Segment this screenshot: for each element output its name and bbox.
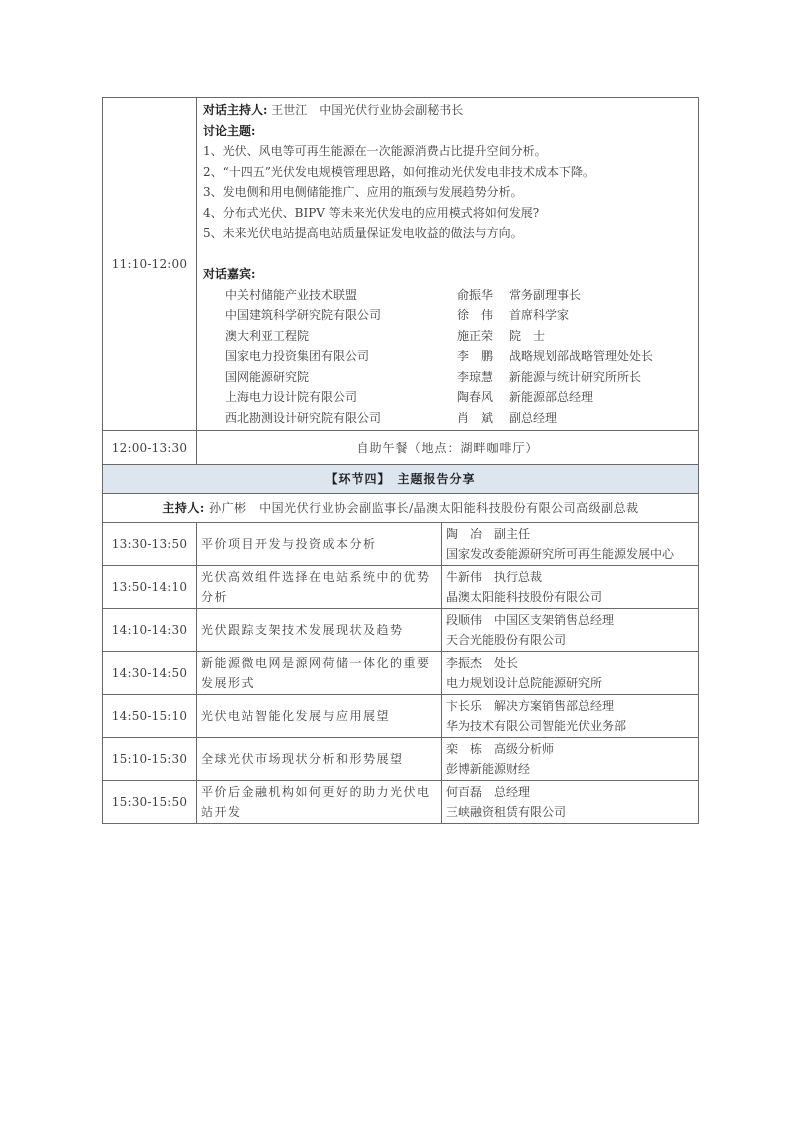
section-header-row: 【环节四】 主题报告分享 <box>103 465 699 494</box>
guest-row: 国网能源研究院 李琼慧 新能源与统计研究所所长 <box>203 367 692 388</box>
guest-org: 西北勘测设计研究院有限公司 <box>203 408 457 429</box>
talk-speaker: 陶 冶 副主任 <box>446 524 694 544</box>
lunch-row: 12:00-13:30 自助午餐（地点：湖畔咖啡厅） <box>103 431 699 465</box>
talk-topic: 光伏高效组件选择在电站系统中的优势分析 <box>197 566 442 609</box>
host-label: 主持人: <box>162 501 204 515</box>
talk-row: 14:30-14:50 新能源微电网是源网荷储一体化的重要发展形式 李振杰 处长… <box>103 652 699 695</box>
talk-time: 14:30-14:50 <box>103 652 197 695</box>
guest-role: 新能源与统计研究所所长 <box>509 367 692 388</box>
talk-time: 14:10-14:30 <box>103 609 197 652</box>
moderator-line: 对话主持人: 王世江 中国光伏行业协会副秘书长 <box>203 100 692 121</box>
guest-row: 国家电力投资集团有限公司 李 鹏 战略规划部战略管理处处长 <box>203 346 692 367</box>
topic-item: 5、未来光伏电站提高电站质量保证发电收益的做法与方向。 <box>203 223 692 244</box>
panel-details: 对话主持人: 王世江 中国光伏行业协会副秘书长 讨论主题: 1、光伏、风电等可再… <box>197 98 699 431</box>
talk-row: 15:30-15:50 平价后金融机构如何更好的助力光伏电站开发 何百磊 总经理… <box>103 781 699 824</box>
guest-role: 首席科学家 <box>509 305 692 326</box>
talk-speaker-cell: 卞长乐 解决方案销售部总经理 华为技术有限公司智能光伏业务部 <box>442 695 699 738</box>
guest-name: 施正荣 <box>457 326 509 347</box>
section-host: 主持人: 孙广彬 中国光伏行业协会副监事长/晶澳太阳能科技股份有限公司高级副总裁 <box>103 494 699 523</box>
topics-label: 讨论主题: <box>203 121 692 142</box>
guest-role: 战略规划部战略管理处处长 <box>509 346 692 367</box>
guest-name: 肖 斌 <box>457 408 509 429</box>
talk-org: 晶澳太阳能科技股份有限公司 <box>446 587 694 607</box>
talk-speaker-cell: 栾 栋 高级分析师 彭博新能源财经 <box>442 738 699 781</box>
talk-org: 彭博新能源财经 <box>446 759 694 779</box>
talk-time: 14:50-15:10 <box>103 695 197 738</box>
section-title: 【环节四】 主题报告分享 <box>103 465 699 494</box>
talk-topic: 平价后金融机构如何更好的助力光伏电站开发 <box>197 781 442 824</box>
talk-speaker: 何百磊 总经理 <box>446 782 694 802</box>
talk-topic: 平价项目开发与投资成本分析 <box>197 523 442 566</box>
talk-org: 国家发改委能源研究所可再生能源发展中心 <box>446 544 694 564</box>
talk-time: 13:50-14:10 <box>103 566 197 609</box>
talk-row: 13:50-14:10 光伏高效组件选择在电站系统中的优势分析 牛新伟 执行总裁… <box>103 566 699 609</box>
guest-role: 新能源部总经理 <box>509 387 692 408</box>
talk-org: 华为技术有限公司智能光伏业务部 <box>446 716 694 736</box>
talk-topic: 光伏电站智能化发展与应用展望 <box>197 695 442 738</box>
host-name: 孙广彬 中国光伏行业协会副监事长/晶澳太阳能科技股份有限公司高级副总裁 <box>209 501 639 515</box>
moderator-label: 对话主持人: <box>203 103 267 117</box>
guest-org: 澳大利亚工程院 <box>203 326 457 347</box>
talk-org: 三峡融资租赁有限公司 <box>446 802 694 822</box>
guest-row: 西北勘测设计研究院有限公司 肖 斌 副总经理 <box>203 408 692 429</box>
talk-org: 天合光能股份有限公司 <box>446 630 694 650</box>
talk-topic: 新能源微电网是源网荷储一体化的重要发展形式 <box>197 652 442 695</box>
guest-row: 澳大利亚工程院 施正荣 院 士 <box>203 326 692 347</box>
talk-time: 15:10-15:30 <box>103 738 197 781</box>
guest-name: 徐 伟 <box>457 305 509 326</box>
talk-row: 14:10-14:30 光伏跟踪支架技术发展现状及趋势 段顺伟 中国区支架销售总… <box>103 609 699 652</box>
panel-time: 11:10-12:00 <box>103 98 197 431</box>
guest-org: 国家电力投资集团有限公司 <box>203 346 457 367</box>
talk-org: 电力规划设计总院能源研究所 <box>446 673 694 693</box>
guest-name: 李 鹏 <box>457 346 509 367</box>
guest-org: 中关村储能产业技术联盟 <box>203 285 457 306</box>
talk-row: 14:50-15:10 光伏电站智能化发展与应用展望 卞长乐 解决方案销售部总经… <box>103 695 699 738</box>
guest-name: 陶春风 <box>457 387 509 408</box>
talk-time: 13:30-13:50 <box>103 523 197 566</box>
talk-topic: 全球光伏市场现状分析和形势展望 <box>197 738 442 781</box>
guest-role: 副总经理 <box>509 408 692 429</box>
guest-org: 上海电力设计院有限公司 <box>203 387 457 408</box>
talks-table: 13:30-13:50 平价项目开发与投资成本分析 陶 冶 副主任 国家发改委能… <box>102 522 699 824</box>
topic-item: 1、光伏、风电等可再生能源在一次能源消费占比提升空间分析。 <box>203 141 692 162</box>
guest-role: 常务副理事长 <box>509 285 692 306</box>
topic-item: 4、分布式光伏、BIPV 等未来光伏发电的应用模式将如何发展? <box>203 203 692 224</box>
talk-row: 15:10-15:30 全球光伏市场现状分析和形势展望 栾 栋 高级分析师 彭博… <box>103 738 699 781</box>
topic-item: 3、发电侧和用电侧储能推广、应用的瓶颈与发展趋势分析。 <box>203 182 692 203</box>
talk-speaker: 栾 栋 高级分析师 <box>446 739 694 759</box>
agenda-table-top: 11:10-12:00 对话主持人: 王世江 中国光伏行业协会副秘书长 讨论主题… <box>102 97 699 523</box>
panel-row: 11:10-12:00 对话主持人: 王世江 中国光伏行业协会副秘书长 讨论主题… <box>103 98 699 431</box>
spacer <box>203 244 692 265</box>
agenda-page: 11:10-12:00 对话主持人: 王世江 中国光伏行业协会副秘书长 讨论主题… <box>102 97 698 824</box>
guest-org: 国网能源研究院 <box>203 367 457 388</box>
talk-time: 15:30-15:50 <box>103 781 197 824</box>
talk-speaker-cell: 段顺伟 中国区支架销售总经理 天合光能股份有限公司 <box>442 609 699 652</box>
guest-row: 中国建筑科学研究院有限公司 徐 伟 首席科学家 <box>203 305 692 326</box>
moderator-name: 王世江 中国光伏行业协会副秘书长 <box>271 103 463 117</box>
talk-speaker-cell: 陶 冶 副主任 国家发改委能源研究所可再生能源发展中心 <box>442 523 699 566</box>
lunch-time: 12:00-13:30 <box>103 431 197 465</box>
guest-name: 李琼慧 <box>457 367 509 388</box>
talk-speaker: 牛新伟 执行总裁 <box>446 567 694 587</box>
section-host-row: 主持人: 孙广彬 中国光伏行业协会副监事长/晶澳太阳能科技股份有限公司高级副总裁 <box>103 494 699 523</box>
talk-speaker: 卞长乐 解决方案销售部总经理 <box>446 696 694 716</box>
talk-speaker-cell: 李振杰 处长 电力规划设计总院能源研究所 <box>442 652 699 695</box>
talk-speaker: 李振杰 处长 <box>446 653 694 673</box>
guest-org: 中国建筑科学研究院有限公司 <box>203 305 457 326</box>
talk-row: 13:30-13:50 平价项目开发与投资成本分析 陶 冶 副主任 国家发改委能… <box>103 523 699 566</box>
talk-speaker: 段顺伟 中国区支架销售总经理 <box>446 610 694 630</box>
topic-item: 2、“十四五”光伏发电规模管理思路，如何推动光伏发电非技术成本下降。 <box>203 162 692 183</box>
guest-row: 上海电力设计院有限公司 陶春风 新能源部总经理 <box>203 387 692 408</box>
talk-topic: 光伏跟踪支架技术发展现状及趋势 <box>197 609 442 652</box>
talk-speaker-cell: 何百磊 总经理 三峡融资租赁有限公司 <box>442 781 699 824</box>
guest-row: 中关村储能产业技术联盟 俞振华 常务副理事长 <box>203 285 692 306</box>
guest-role: 院 士 <box>509 326 692 347</box>
lunch-text: 自助午餐（地点：湖畔咖啡厅） <box>197 431 699 465</box>
guests-label: 对话嘉宾: <box>203 264 692 285</box>
guest-name: 俞振华 <box>457 285 509 306</box>
talk-speaker-cell: 牛新伟 执行总裁 晶澳太阳能科技股份有限公司 <box>442 566 699 609</box>
